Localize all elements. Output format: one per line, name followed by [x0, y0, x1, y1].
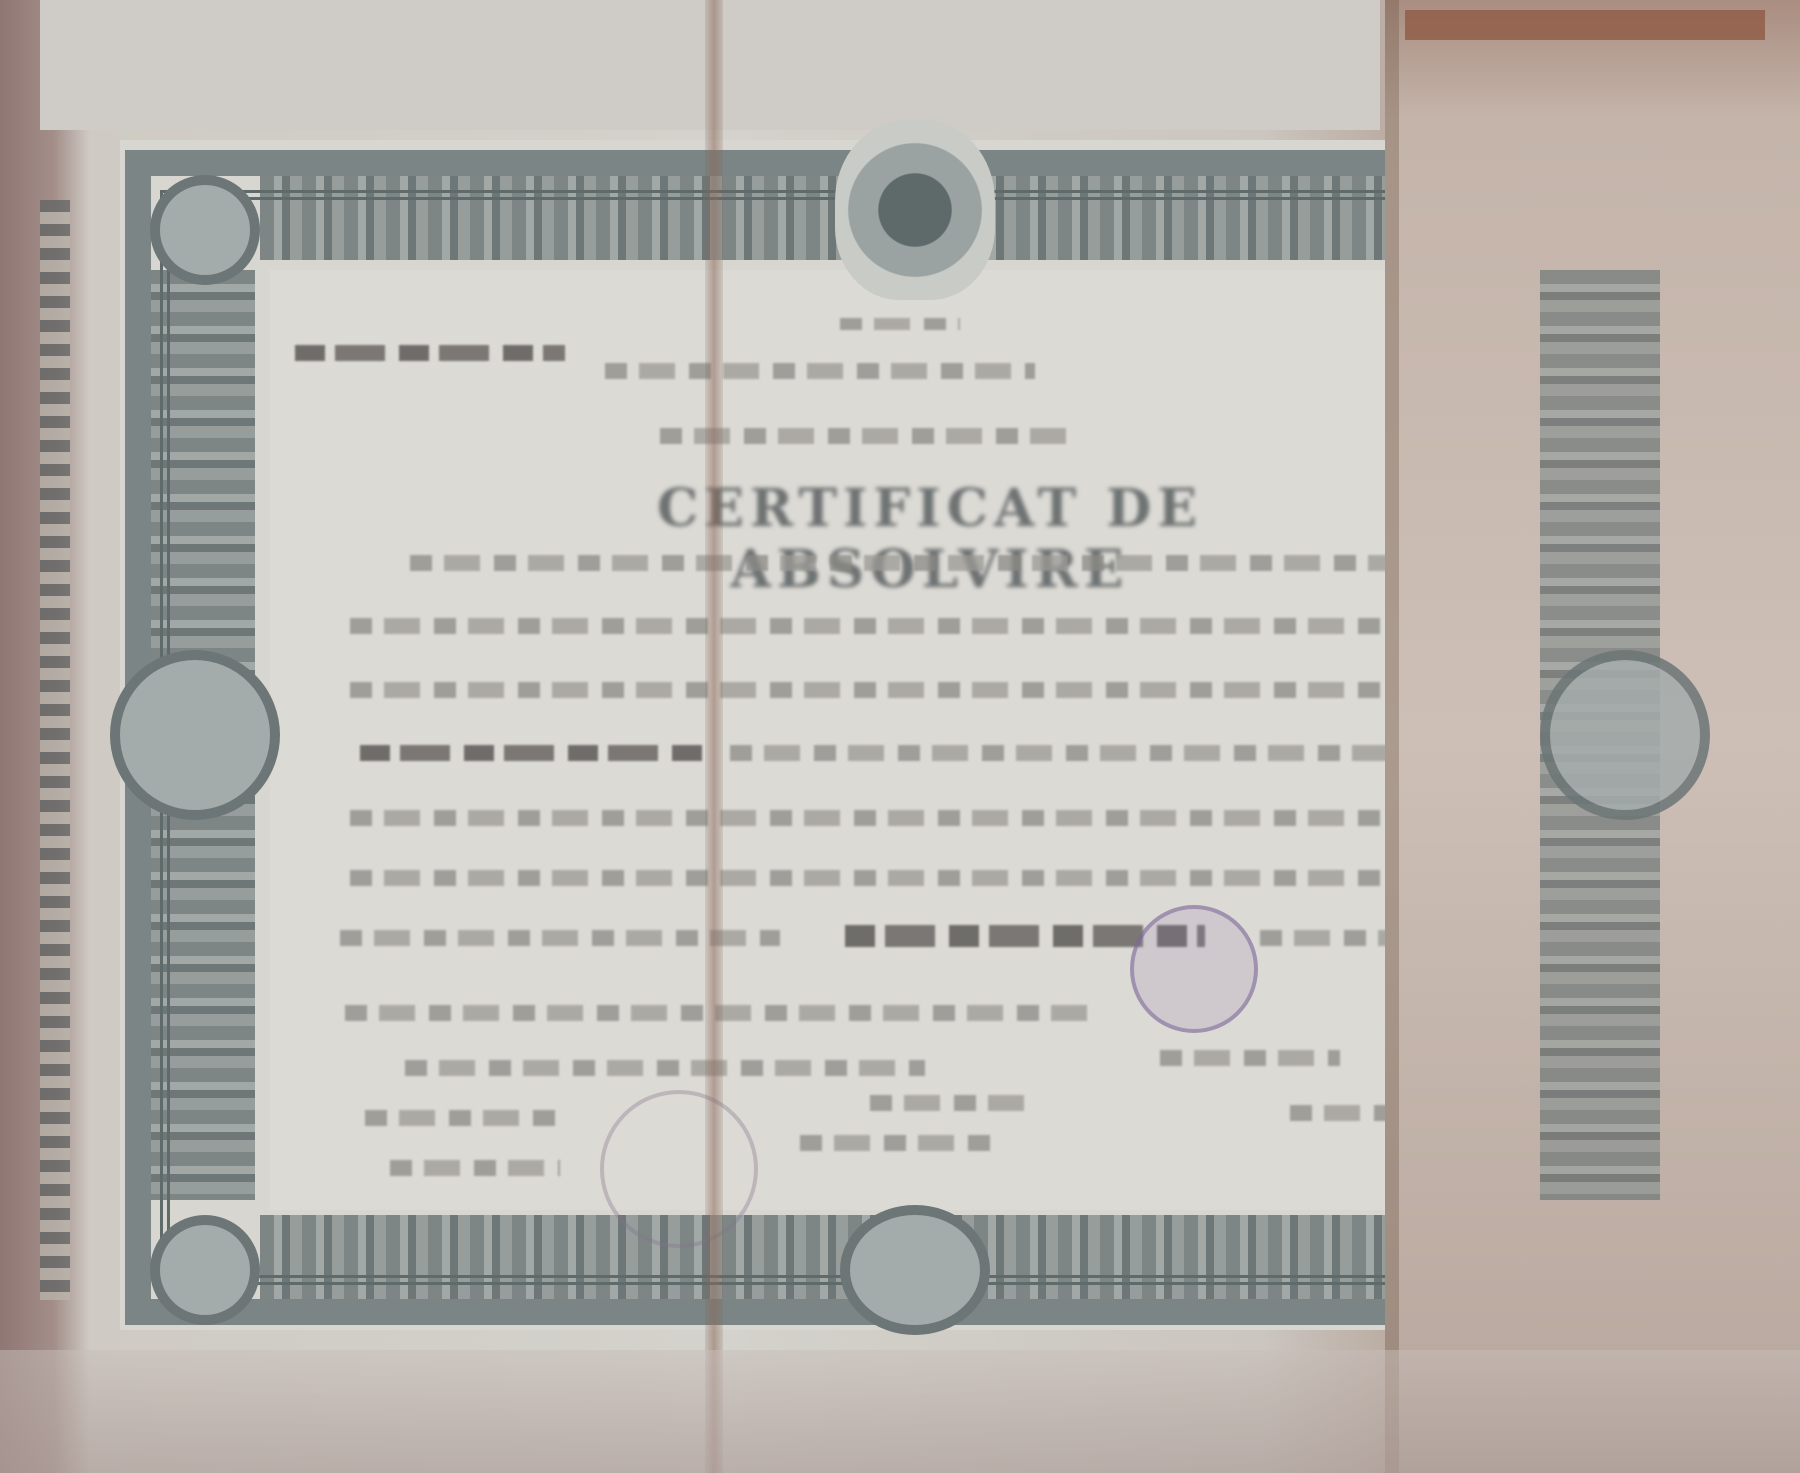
- left-side-ornament-strip: [40, 200, 70, 1300]
- body-line: [350, 810, 1470, 826]
- header-line: [605, 363, 1035, 379]
- header-line: [840, 318, 960, 330]
- signature-line: [1160, 1050, 1340, 1066]
- header-line: [660, 428, 1080, 444]
- side-medallion-right-overlay: [1540, 650, 1710, 820]
- body-line: [410, 555, 1470, 571]
- faint-stamp: [600, 1090, 758, 1248]
- body-line: [350, 618, 1470, 634]
- corner-ornament-bottom-left: [150, 1215, 260, 1325]
- body-line: [870, 1095, 1030, 1111]
- bottom-center-medallion: [840, 1205, 990, 1335]
- body-line: [350, 682, 1470, 698]
- vertical-fold-crease: [705, 0, 723, 1473]
- signature-line: [800, 1135, 990, 1151]
- corner-ornament-top-left: [150, 175, 260, 285]
- body-line: [730, 745, 1470, 761]
- right-fold-edge: [1385, 0, 1399, 1473]
- body-line: [405, 1060, 925, 1076]
- side-medallion-left: [110, 650, 280, 820]
- certificate-title: CERTIFICAT DE ABSOLVIRE: [490, 478, 1370, 600]
- ink-stamp: [1130, 905, 1258, 1033]
- place-date-line: [365, 1110, 565, 1126]
- stain-band: [1405, 10, 1765, 40]
- paper-bottom-margin: [0, 1350, 1800, 1473]
- registry-number-line: [295, 345, 565, 361]
- coat-of-arms-crest-icon: [835, 120, 995, 300]
- date-line: [390, 1160, 560, 1176]
- body-line: [350, 870, 1470, 886]
- handwritten-name-line: [360, 745, 710, 761]
